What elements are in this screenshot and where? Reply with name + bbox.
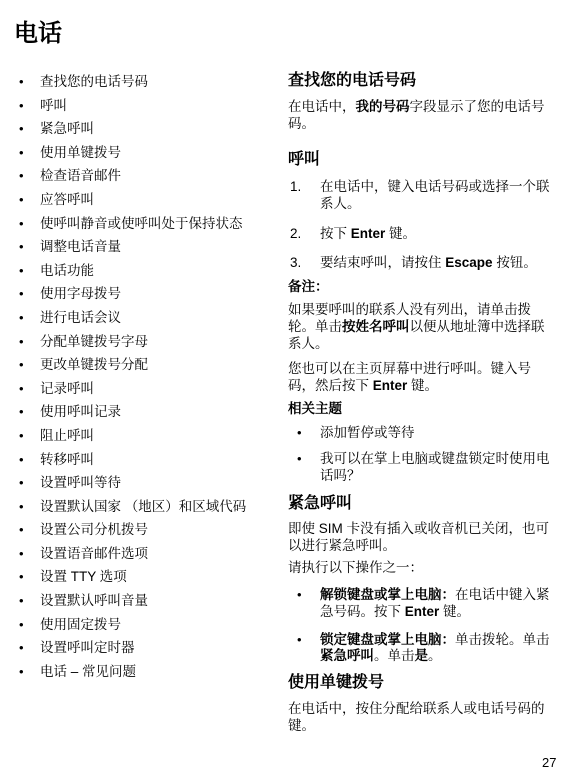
menu-item-bold: 紧急呼叫 — [320, 648, 374, 663]
section-heading-speed-dial: 使用单键拨号 — [288, 674, 552, 692]
section-heading-find-number: 查找您的电话号码 — [288, 72, 552, 90]
step-item: 2.按下 Enter 键。 — [288, 226, 552, 243]
toc-item: 呼叫 — [14, 98, 282, 122]
toc-item: 查找您的电话号码 — [14, 74, 282, 98]
section-heading-make-call: 呼叫 — [288, 151, 552, 169]
toc-item: 检查语音邮件 — [14, 168, 282, 192]
call-steps-list: 1.在电话中，键入电话号码或选择一个联系人。 2.按下 Enter 键。 3.要… — [288, 179, 552, 285]
toc-item: 设置呼叫定时器 — [14, 640, 282, 664]
step-item: 3.要结束呼叫，请按住 Escape 按钮。 — [288, 255, 552, 272]
text-segment: 要结束呼叫，请按住 — [320, 255, 445, 270]
text-segment: 键。 — [439, 604, 470, 619]
content-column: 查找您的电话号码 在电话中，我的号码字段显示了您的电话号码。 呼叫 1.在电话中… — [288, 0, 560, 784]
key-name-bold: Escape — [445, 255, 492, 270]
option-lead-bold: 解锁键盘或掌上电脑： — [320, 587, 455, 602]
toc-item: 设置公司分机拨号 — [14, 522, 282, 546]
emergency-intro: 请执行以下操作之一： — [288, 560, 552, 577]
toc-item: 使用字母拨号 — [14, 286, 282, 310]
text-segment: 按钮。 — [493, 255, 537, 270]
step-item: 1.在电话中，键入电话号码或选择一个联系人。 — [288, 179, 552, 213]
toc-item: 紧急呼叫 — [14, 121, 282, 145]
related-topic-item: 添加暂停或等待 — [288, 425, 552, 442]
emergency-options-list: 解锁键盘或掌上电脑：在电话中键入紧急号码。按下 Enter 键。 锁定键盘或掌上… — [288, 587, 552, 676]
related-topics-heading: 相关主题 — [288, 401, 552, 417]
toc-item: 使用呼叫记录 — [14, 404, 282, 428]
toc-item: 使用单键拨号 — [14, 145, 282, 169]
step-number: 1. — [290, 179, 301, 196]
key-name-bold: Enter — [373, 378, 408, 393]
toc-item: 应答呼叫 — [14, 192, 282, 216]
toc-item: 使用固定拨号 — [14, 617, 282, 641]
key-name-bold: Enter — [405, 604, 440, 619]
text-segment: 在电话中， — [288, 99, 356, 114]
toc-item: 设置 TTY 选项 — [14, 569, 282, 593]
toc-item: 记录呼叫 — [14, 381, 282, 405]
toc-item: 设置默认国家 （地区）和区域代码 — [14, 499, 282, 523]
related-topic-item: 我可以在掌上电脑或键盘锁定时使用电话吗？ — [288, 451, 552, 485]
toc-item: 设置语音邮件选项 — [14, 546, 282, 570]
page-number: 27 — [542, 755, 556, 770]
toc-item: 进行电话会议 — [14, 310, 282, 334]
text-segment: 。单击 — [374, 648, 415, 663]
text-segment: 按下 — [320, 226, 351, 241]
page-title: 电话 — [14, 20, 62, 48]
text-segment: 键。 — [385, 226, 416, 241]
text-segment: 单击拨轮。单击 — [455, 632, 550, 647]
toc-item: 设置默认呼叫音量 — [14, 593, 282, 617]
toc-item: 分配单键拨号字母 — [14, 334, 282, 358]
option-lead-bold: 锁定键盘或掌上电脑： — [320, 632, 455, 647]
menu-item-bold: 是 — [415, 648, 429, 663]
related-topics-list: 添加暂停或等待 我可以在掌上电脑或键盘锁定时使用电话吗？ — [288, 425, 552, 493]
note-heading: 备注： — [288, 279, 552, 295]
toc-item: 设置呼叫等待 — [14, 475, 282, 499]
option-item: 锁定键盘或掌上电脑：单击拨轮。单击紧急呼叫。单击是。 — [288, 632, 552, 666]
toc-item: 转移呼叫 — [14, 452, 282, 476]
key-name-bold: Enter — [351, 226, 386, 241]
text-segment: 。 — [428, 648, 442, 663]
speed-dial-paragraph: 在电话中，按住分配给联系人或电话号码的键。 — [288, 701, 552, 735]
toc-item: 调整电话音量 — [14, 239, 282, 263]
text-segment: 键。 — [407, 378, 438, 393]
toc-item: 电话 – 常见问题 — [14, 664, 282, 688]
emergency-paragraph: 即使 SIM 卡没有插入或收音机已关闭，也可以进行紧急呼叫。 — [288, 521, 552, 555]
toc-list: 查找您的电话号码 呼叫 紧急呼叫 使用单键拨号 检查语音邮件 应答呼叫 使呼叫静… — [14, 74, 282, 687]
option-item: 解锁键盘或掌上电脑：在电话中键入紧急号码。按下 Enter 键。 — [288, 587, 552, 621]
note-paragraph-2: 您也可以在主页屏幕中进行呼叫。键入号码，然后按下 Enter 键。 — [288, 361, 552, 395]
toc-item: 更改单键拨号分配 — [14, 357, 282, 381]
step-number: 2. — [290, 226, 301, 243]
field-name-bold: 我的号码 — [356, 99, 410, 114]
menu-item-bold: 按姓名呼叫 — [342, 319, 410, 334]
toc-item: 电话功能 — [14, 263, 282, 287]
step-number: 3. — [290, 255, 301, 272]
manual-page: 电话 查找您的电话号码 呼叫 紧急呼叫 使用单键拨号 检查语音邮件 应答呼叫 使… — [0, 0, 576, 784]
find-number-paragraph: 在电话中，我的号码字段显示了您的电话号码。 — [288, 99, 552, 133]
section-heading-emergency: 紧急呼叫 — [288, 495, 552, 513]
toc-item: 阻止呼叫 — [14, 428, 282, 452]
text-segment: 在电话中，键入电话号码或选择一个联系人。 — [320, 179, 550, 211]
toc-item: 使呼叫静音或使呼叫处于保持状态 — [14, 216, 282, 240]
note-paragraph-1: 如果要呼叫的联系人没有列出，请单击拨轮。单击按姓名呼叫以便从地址簿中选择联系人。 — [288, 302, 552, 352]
